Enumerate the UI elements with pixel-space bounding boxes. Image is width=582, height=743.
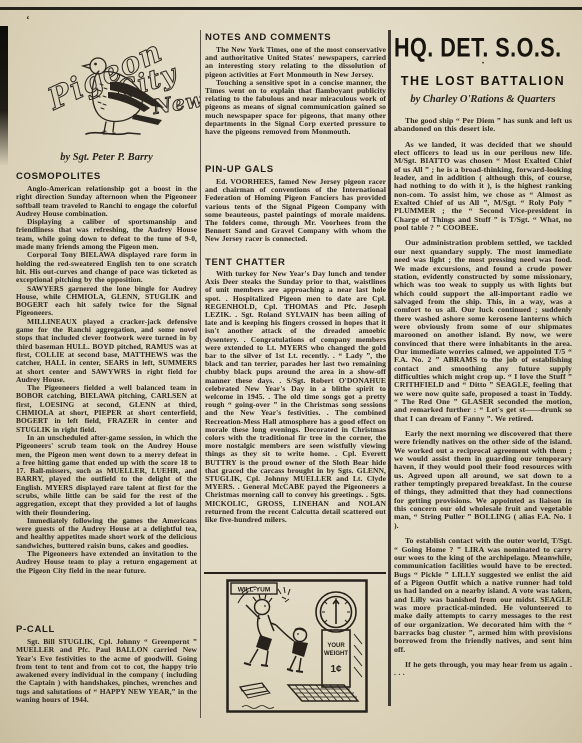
scale-text-weight: WEIGHT: [324, 651, 348, 657]
p-call-article: Sgt. Bill STUGLIK, Cpl. Johnny “ Greenpe…: [16, 638, 197, 733]
lost-battalion-title: THE LOST BATTALION: [394, 74, 572, 88]
article-paragraph: As we landed, it was decided that we sho…: [394, 141, 572, 233]
cosmopolites-article: Anglo-American relationship got a boost …: [16, 185, 197, 617]
article-paragraph: Displaying a caliber of sportsmanship an…: [16, 218, 197, 251]
article-paragraph: Our administration problem settled, we t…: [394, 239, 572, 423]
article-paragraph: Early the next morning we discovered tha…: [394, 430, 572, 530]
notes-and-comments-article: The New York Times, one of the most cons…: [205, 46, 386, 158]
newsletter-page: ‘ Pigeon City News: [0, 0, 582, 743]
article-paragraph: Sgt. Bill STUGLIK, Cpl. Johnny “ Greenpe…: [16, 638, 197, 704]
section-heading-p-call: P-CALL: [16, 624, 55, 635]
section-heading-pin-up-gals: PIN-UP GALS: [205, 164, 274, 175]
scan-edge-left: [0, 26, 8, 166]
scan-edge-top: [0, 7, 582, 10]
article-paragraph: The good ship “ Per Diem ” has sunk and …: [394, 117, 572, 134]
pulled-kid-drawing: [276, 625, 308, 672]
column-divider-2: [388, 30, 391, 706]
masthead-byline: by Sgt. Peter P. Barry: [16, 152, 197, 163]
scale-text-your: YOUR: [327, 643, 345, 649]
article-paragraph: Immediately following the games the Amer…: [16, 517, 197, 550]
pigeon-illustration: Pigeon City News: [48, 26, 200, 150]
lost-battalion-byline: by Charley O'Rations & Quarters: [394, 94, 572, 105]
header-separator-dot: ·: [394, 58, 572, 69]
article-paragraph: Touching a sensitive spot in a concise m…: [205, 79, 386, 136]
stray-mark: ‘: [26, 14, 30, 26]
section-heading-cosmopolites: COSMOPOLITES: [16, 171, 101, 182]
tent-chatter-article: With turkey for New Year's Day lunch and…: [205, 270, 386, 568]
article-paragraph: To establish contact with the outer worl…: [394, 537, 572, 654]
article-paragraph: In an unscheduled after-game session, in…: [16, 434, 197, 517]
cartoonist-signature: [242, 706, 274, 709]
section-divider-rule: [204, 572, 386, 574]
dropped-book-drawing: [240, 683, 270, 698]
article-paragraph: The Pigeoneers have extended an invitati…: [16, 550, 197, 575]
pulling-kid-drawing: [244, 594, 276, 666]
pigeon-city-news-logo: Pigeon City News: [48, 26, 200, 150]
column-divider-1: [200, 30, 201, 718]
article-paragraph: With turkey for New Year's Day lunch and…: [205, 270, 386, 524]
pin-up-gals-article: Ed. VOORHEES, famed New Jersey pigeon ra…: [205, 178, 386, 252]
article-paragraph: If he gets through, you may hear from us…: [394, 661, 572, 678]
article-paragraph: MILLINEAUX played a cracker-jack defensi…: [16, 318, 197, 384]
will-yum-cartoon: WILL-YUM YOUR WEIGHT 1¢: [226, 579, 368, 717]
section-heading-notes-and-comments: NOTES AND COMMENTS: [205, 32, 331, 43]
article-paragraph: SAWYERS garnered the lone bingle for Aud…: [16, 285, 197, 318]
article-paragraph: Ed. VOORHEES, famed New Jersey pigeon ra…: [205, 178, 386, 244]
article-paragraph: The New York Times, one of the most cons…: [205, 46, 386, 79]
lost-battalion-article: The good ship “ Per Diem ” has sunk and …: [394, 117, 572, 723]
article-paragraph: Anglo-American relationship got a boost …: [16, 185, 197, 218]
article-paragraph: Corporal Tony BIELAWA displayed rare for…: [16, 251, 197, 284]
scale-price: 1¢: [330, 664, 342, 675]
article-paragraph: The Pigeoneers fielded a well balanced t…: [16, 384, 197, 434]
section-heading-tent-chatter: TENT CHATTER: [205, 257, 286, 268]
